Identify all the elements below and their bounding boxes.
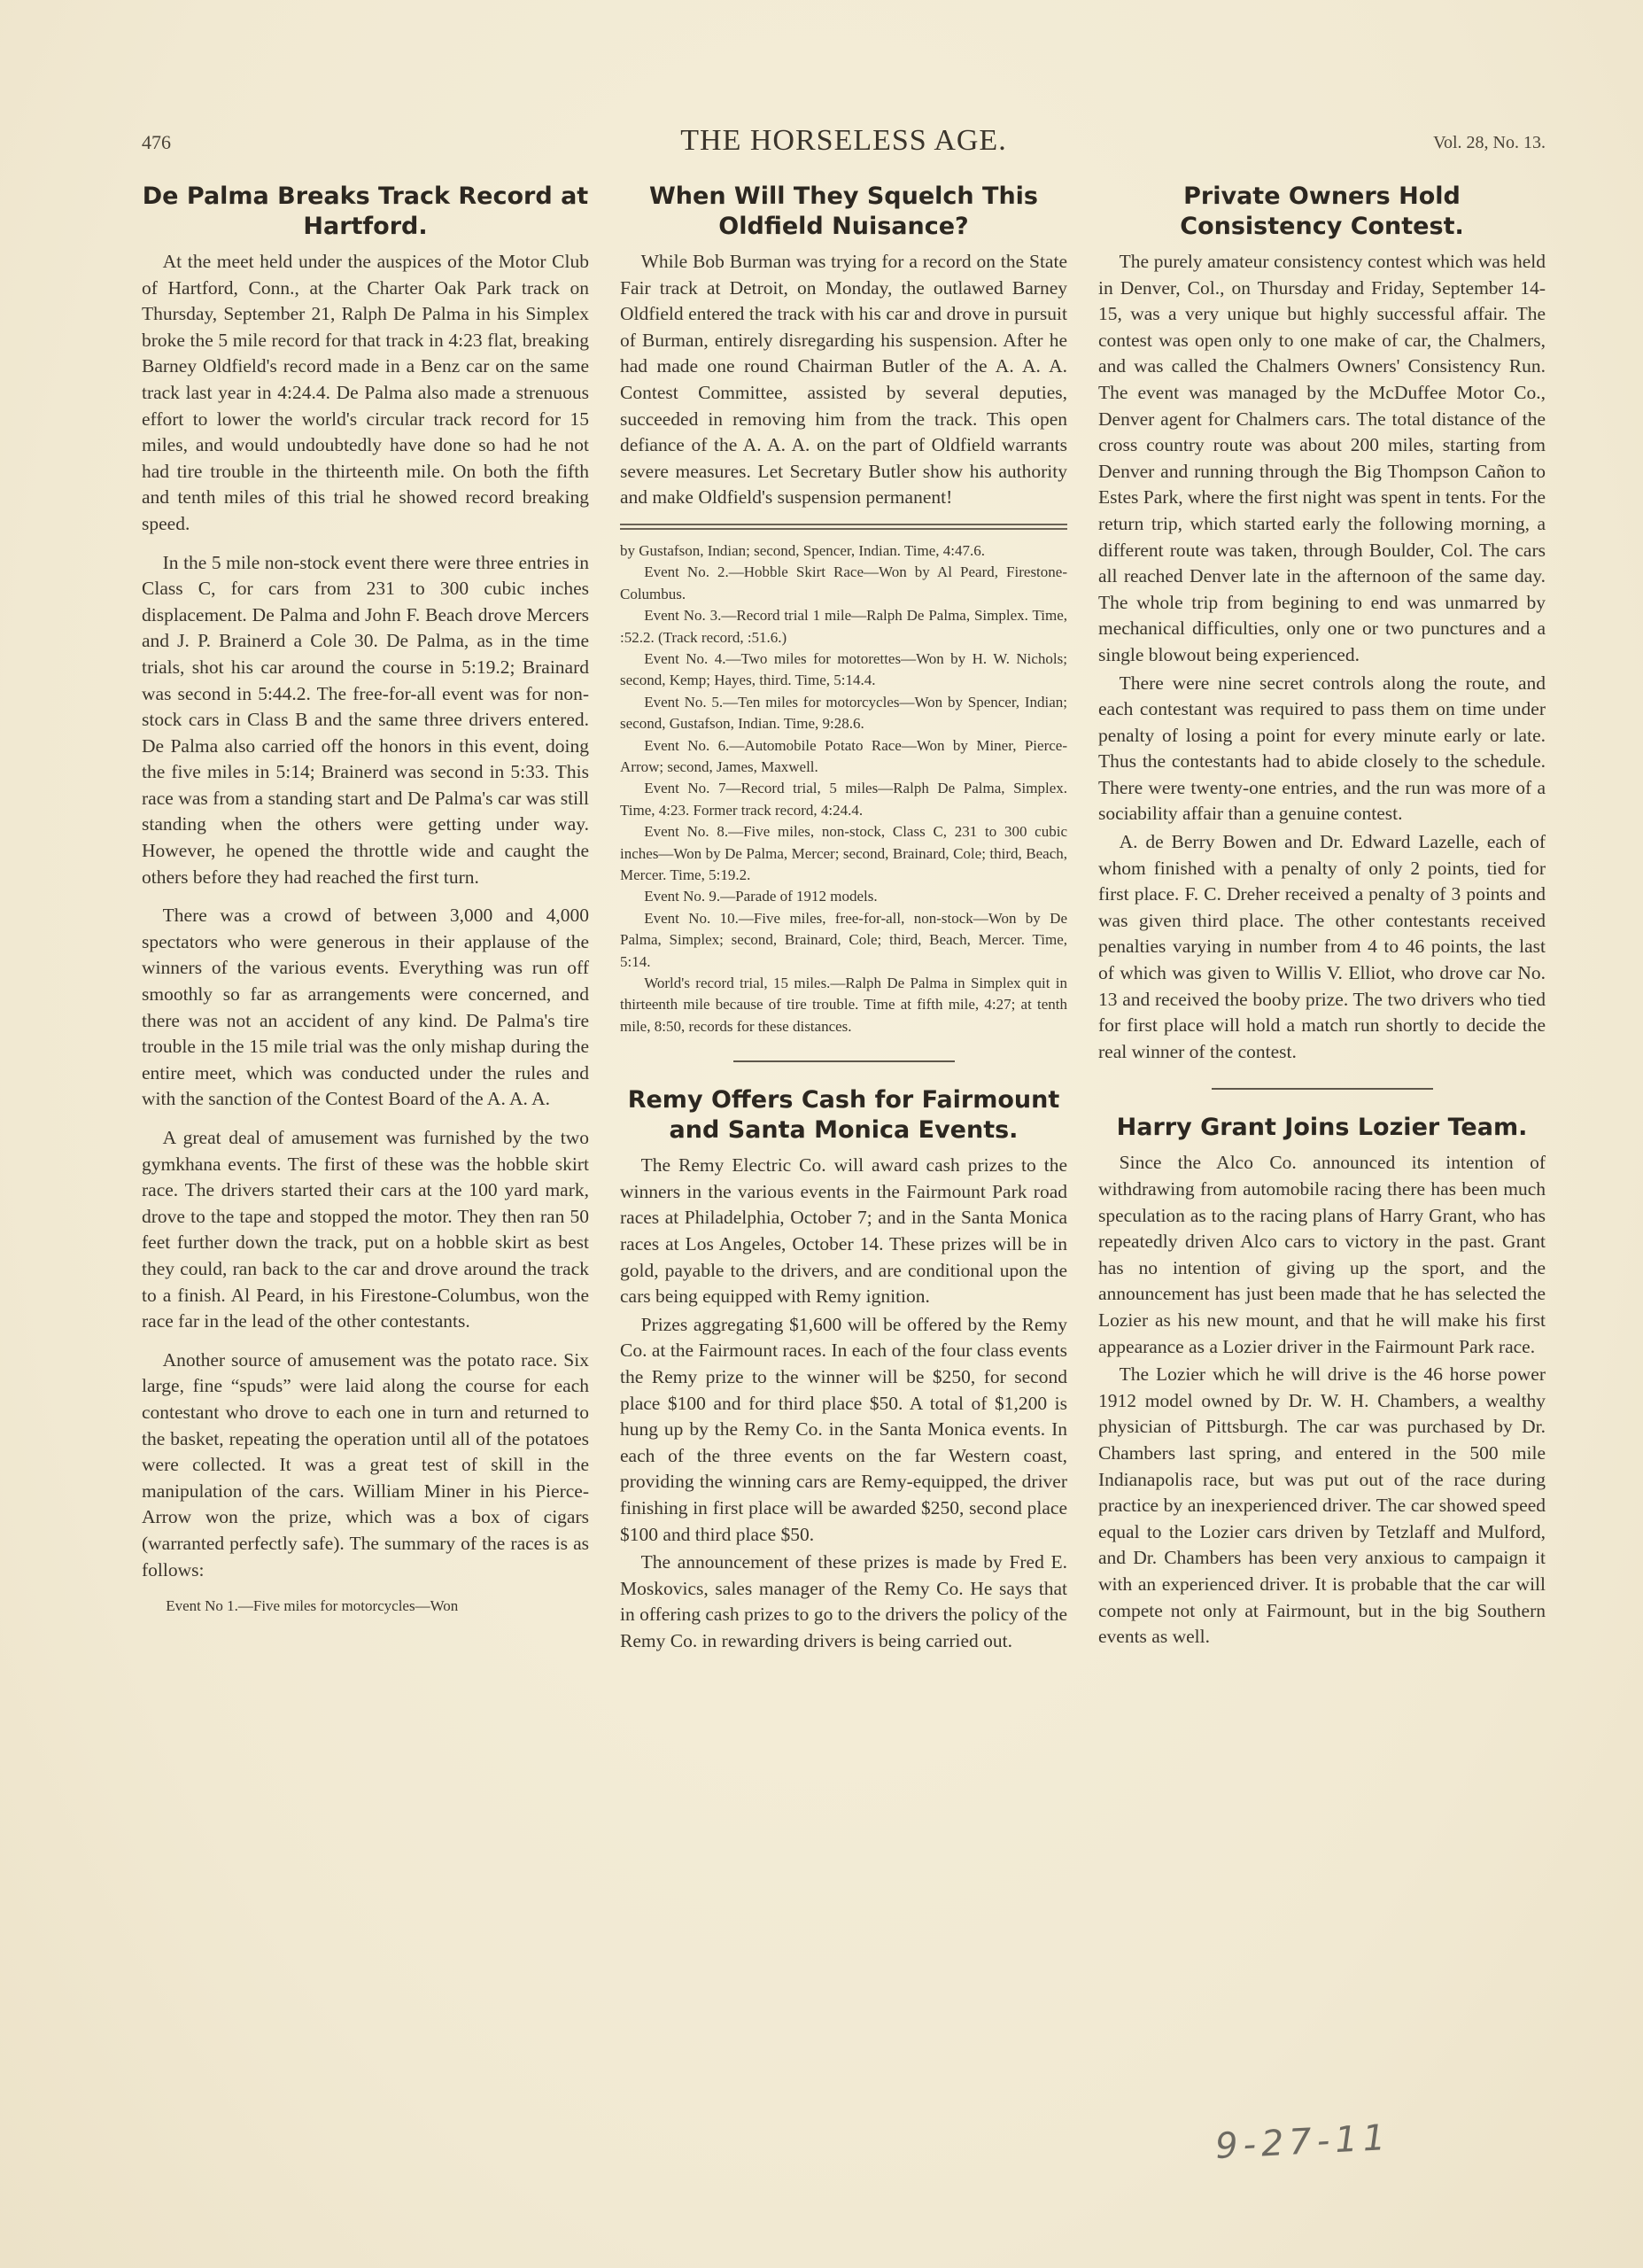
article-harry-grant: Harry Grant Joins Lozier Team. Since the… — [1098, 1113, 1546, 1650]
headline-consistency: Private Owners Hold Consistency Contest. — [1098, 182, 1546, 242]
volume-issue: Vol. 28, No. 13. — [1433, 133, 1546, 153]
paragraph: There were nine secret controls along th… — [1098, 671, 1546, 828]
running-head: 476 THE HORSELESS AGE. Vol. 28, No. 13. — [142, 129, 1546, 165]
paragraph: A. de Berry Bowen and Dr. Edward Lazelle… — [1098, 829, 1546, 1065]
paragraph: Since the Alco Co. announced its intenti… — [1098, 1150, 1546, 1360]
paragraph: The Lozier which he will drive is the 46… — [1098, 1362, 1546, 1651]
race-summary-event: World's record trial, 15 miles.—Ralph De… — [620, 973, 1067, 1037]
headline-depalma: De Palma Breaks Track Record at Hartford… — [142, 182, 589, 242]
race-summary: by Gustafson, Indian; second, Spencer, I… — [620, 540, 1067, 1037]
column-2: When Will They Squelch This Oldfield Nui… — [620, 182, 1067, 1655]
section-divider — [733, 1060, 955, 1062]
race-summary-event: Event No. 5.—Ten miles for motorcycles—W… — [620, 692, 1067, 735]
race-summary-event: Event No. 8.—Five miles, non-stock, Clas… — [620, 821, 1067, 886]
race-summary-event: Event No. 9.—Parade of 1912 models. — [620, 886, 1067, 907]
race-summary-event-1: Event No 1.—Five miles for motorcycles—W… — [142, 1596, 589, 1617]
paragraph: At the meet held under the auspices of t… — [142, 249, 589, 538]
article-remy: Remy Offers Cash for Fairmount and Santa… — [620, 1085, 1067, 1654]
magazine-page: 476 THE HORSELESS AGE. Vol. 28, No. 13. … — [0, 0, 1643, 2268]
article-depalma: De Palma Breaks Track Record at Hartford… — [142, 182, 589, 1618]
journal-title: THE HORSELESS AGE. — [142, 124, 1546, 158]
paragraph: In the 5 mile non-stock event there were… — [142, 550, 589, 891]
section-divider — [1212, 1088, 1433, 1090]
race-summary-event: Event No. 4.—Two miles for motorettes—Wo… — [620, 649, 1067, 692]
handwritten-date-annotation: 9-27-11 — [1214, 2117, 1391, 2167]
race-summary-event: Event No. 7—Record trial, 5 miles—Ralph … — [620, 778, 1067, 821]
race-summary-event: Event No. 10.—Five miles, free-for-all, … — [620, 908, 1067, 973]
headline-oldfield: When Will They Squelch This Oldfield Nui… — [620, 182, 1067, 242]
race-summary-event: Event No. 2.—Hobble Skirt Race—Won by Al… — [620, 562, 1067, 605]
paragraph: Another source of amusement was the pota… — [142, 1348, 589, 1583]
race-summary-event-1-cont: by Gustafson, Indian; second, Spencer, I… — [620, 540, 1067, 562]
race-summary-event: Event No. 3.—Record trial 1 mile—Ralph D… — [620, 605, 1067, 649]
race-summary-event: Event No. 6.—Automobile Potato Race—Won … — [620, 735, 1067, 779]
column-3: Private Owners Hold Consistency Contest.… — [1098, 182, 1546, 1651]
article-oldfield: When Will They Squelch This Oldfield Nui… — [620, 182, 1067, 511]
article-consistency-contest: Private Owners Hold Consistency Contest.… — [1098, 182, 1546, 1065]
paragraph: Prizes aggregating $1,600 will be offere… — [620, 1312, 1067, 1548]
headline-remy: Remy Offers Cash for Fairmount and Santa… — [620, 1085, 1067, 1146]
paragraph: The Remy Electric Co. will award cash pr… — [620, 1153, 1067, 1310]
column-1: De Palma Breaks Track Record at Hartford… — [142, 182, 589, 1618]
headline-grant: Harry Grant Joins Lozier Team. — [1098, 1113, 1546, 1143]
paragraph: A great deal of amusement was furnished … — [142, 1125, 589, 1335]
double-rule-divider — [620, 524, 1067, 530]
paragraph: The purely amateur consistency contest w… — [1098, 249, 1546, 669]
paragraph: The announcement of these prizes is made… — [620, 1550, 1067, 1654]
paragraph: While Bob Burman was trying for a record… — [620, 249, 1067, 511]
paragraph: There was a crowd of between 3,000 and 4… — [142, 903, 589, 1113]
